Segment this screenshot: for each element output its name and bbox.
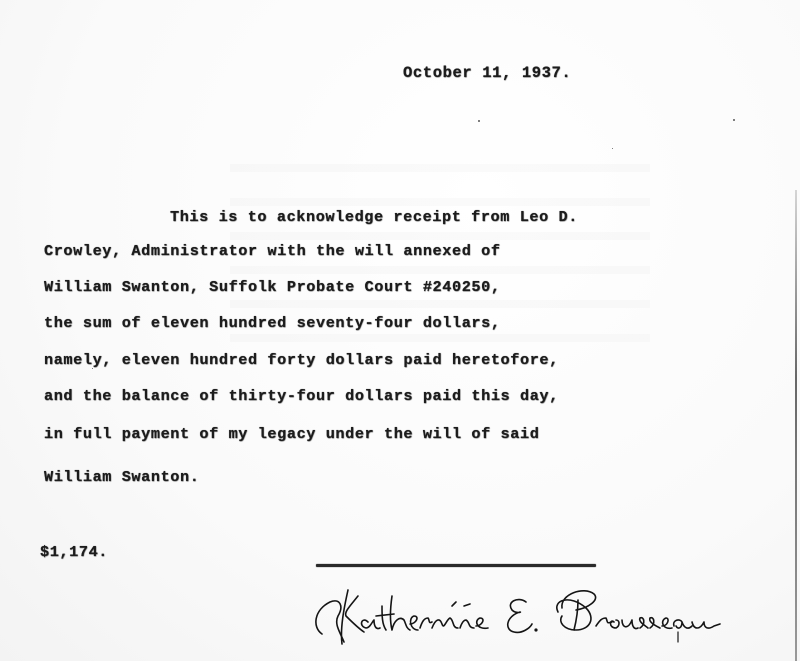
body-line-5: namely, eleven hundred forty dollars pai… [44,353,559,368]
body-line-1: This is to acknowledge receipt from Leo … [170,210,578,225]
body-line-3: William Swanton, Suffolk Probate Court #… [44,280,501,295]
body-line-6: and the balance of thirty-four dollars p… [44,389,559,404]
document-date: October 11, 1937. [403,66,571,82]
signature-line [316,564,596,567]
body-line-2: Crowley, Administrator with the will ann… [44,244,501,259]
page-edge-line [795,190,797,661]
document-page: October 11, 1937. This is to acknowledge… [0,0,800,661]
paper-speck [612,148,613,149]
handwritten-signature: Katherine E. Brousseau [300,572,800,652]
paper-speck [92,368,93,369]
body-line-8: William Swanton. [44,470,199,485]
paper-speck [478,120,480,122]
body-line-7: in full payment of my legacy under the w… [44,427,539,442]
body-line-4: the sum of eleven hundred seventy-four d… [44,316,501,331]
paper-speck [733,119,735,121]
receipt-amount: $1,174. [40,545,108,560]
